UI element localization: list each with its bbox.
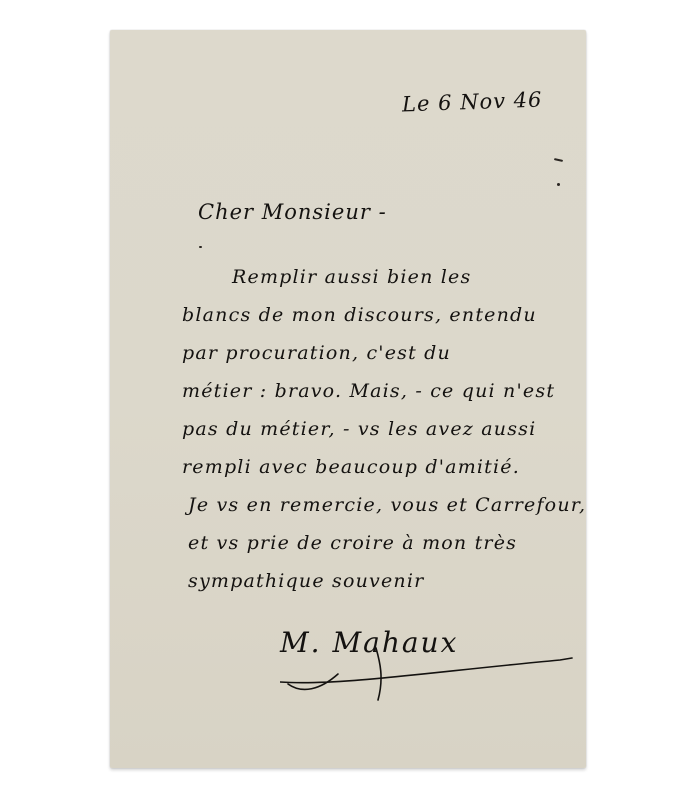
body-line: sympathique souvenir (182, 562, 582, 600)
letter-date: Le 6 Nov 46 (402, 88, 543, 117)
margin-mark (554, 158, 563, 162)
body-line: métier : bravo. Mais, - ce qui n'est (182, 372, 582, 410)
photo-stage: Le 6 Nov 46 Cher Monsieur - Remplir auss… (0, 0, 700, 800)
body-line: blancs de mon discours, entendu (182, 296, 582, 334)
body-line: Je vs en remercie, vous et Carrefour, (182, 486, 582, 524)
margin-mark (199, 246, 202, 248)
letter-paper: Le 6 Nov 46 Cher Monsieur - Remplir auss… (110, 30, 586, 768)
margin-mark (557, 183, 560, 186)
body-line: par procuration, c'est du (182, 334, 582, 372)
letter-body: Remplir aussi bien les blancs de mon dis… (182, 258, 582, 600)
letter-salutation: Cher Monsieur - (198, 200, 387, 224)
body-line: rempli avec beaucoup d'amitié. (182, 448, 582, 486)
body-line: pas du métier, - vs les avez aussi (182, 410, 582, 448)
body-line: Remplir aussi bien les (182, 258, 582, 296)
body-line: et vs prie de croire à mon très (182, 524, 582, 562)
signature-flourish-icon (280, 642, 600, 712)
